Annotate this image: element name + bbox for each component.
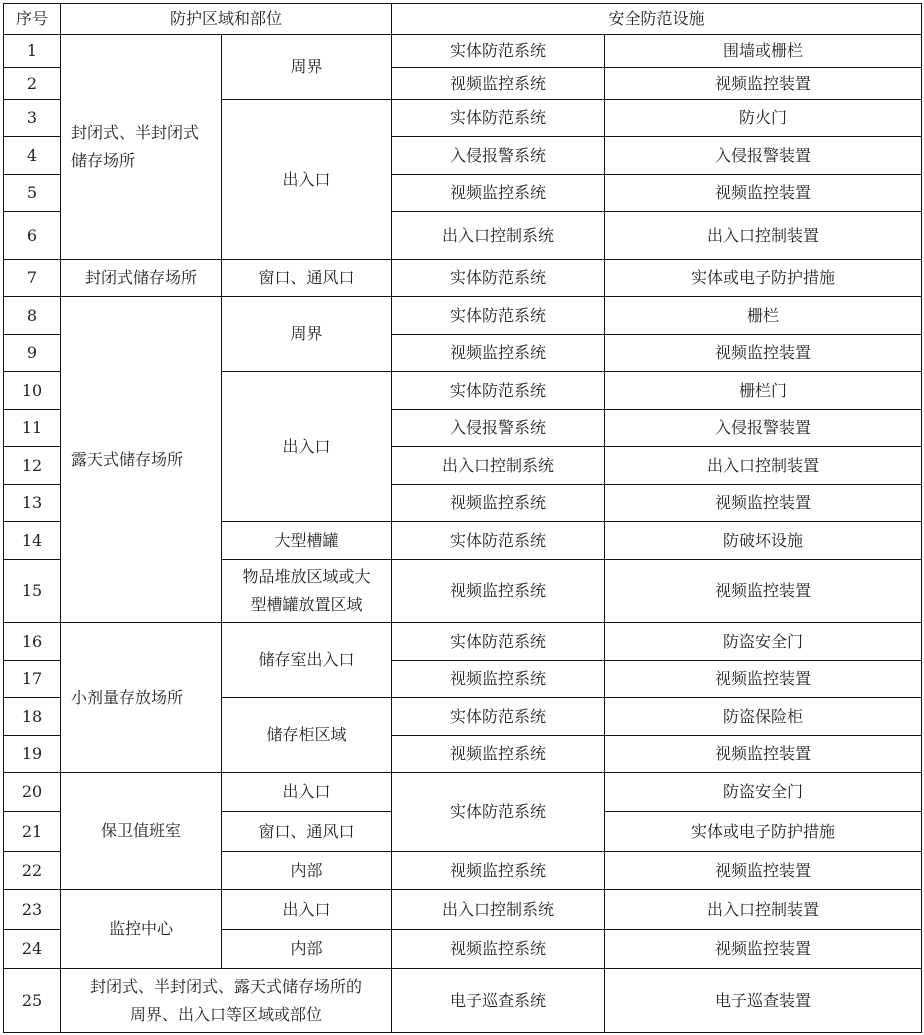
header-index: 序号 <box>4 4 61 35</box>
row-number: 15 <box>4 560 61 623</box>
device-cell: 栅栏 <box>605 297 922 335</box>
system-cell: 入侵报警系统 <box>392 137 605 175</box>
device-cell: 出入口控制装置 <box>605 890 922 930</box>
system-cell: 实体防范系统 <box>392 522 605 560</box>
part-cell: 出入口 <box>222 890 392 930</box>
table-row: 20 保卫值班室 出入口 实体防范系统 防盗安全门 <box>4 773 922 812</box>
system-cell: 视频监控系统 <box>392 736 605 773</box>
system-cell: 视频监控系统 <box>392 335 605 372</box>
part-cell: 物品堆放区域或大型槽罐放置区域 <box>222 560 392 623</box>
system-cell: 出入口控制系统 <box>392 212 605 260</box>
device-cell: 视频监控装置 <box>605 175 922 212</box>
device-cell: 视频监控装置 <box>605 485 922 522</box>
part-cell: 出入口 <box>222 100 392 260</box>
device-cell: 防破坏设施 <box>605 522 922 560</box>
system-cell: 实体防范系统 <box>392 297 605 335</box>
system-cell: 入侵报警系统 <box>392 410 605 447</box>
row-number: 21 <box>4 812 61 852</box>
system-cell: 视频监控系统 <box>392 930 605 969</box>
table-row: 23 监控中心 出入口 出入口控制系统 出入口控制装置 <box>4 890 922 930</box>
row-number: 18 <box>4 698 61 736</box>
part-cell: 周界 <box>222 35 392 100</box>
device-cell: 围墙或栅栏 <box>605 35 922 68</box>
table-row: 8 露天式储存场所 周界 实体防范系统 栅栏 <box>4 297 922 335</box>
system-cell: 视频监控系统 <box>392 175 605 212</box>
part-cell: 储存柜区域 <box>222 698 392 773</box>
row-number: 19 <box>4 736 61 773</box>
system-cell: 视频监控系统 <box>392 852 605 890</box>
device-cell: 防火门 <box>605 100 922 137</box>
part-cell: 出入口 <box>222 372 392 522</box>
device-cell: 防盗安全门 <box>605 623 922 661</box>
system-cell: 实体防范系统 <box>392 372 605 410</box>
row-number: 23 <box>4 890 61 930</box>
row-number: 20 <box>4 773 61 812</box>
device-cell: 栅栏门 <box>605 372 922 410</box>
area-line: 储存场所 <box>71 151 135 170</box>
system-cell: 实体防范系统 <box>392 100 605 137</box>
system-cell: 出入口控制系统 <box>392 890 605 930</box>
system-cell: 视频监控系统 <box>392 560 605 623</box>
device-cell: 视频监控装置 <box>605 930 922 969</box>
part-cell: 大型槽罐 <box>222 522 392 560</box>
area-line: 封闭式、半封闭式 <box>71 123 199 142</box>
area-cell: 保卫值班室 <box>61 773 222 890</box>
part-cell: 出入口 <box>222 773 392 812</box>
system-cell: 视频监控系统 <box>392 661 605 698</box>
system-cell: 视频监控系统 <box>392 485 605 522</box>
device-cell: 出入口控制装置 <box>605 212 922 260</box>
table-row: 1 封闭式、半封闭式储存场所 周界 实体防范系统 围墙或栅栏 <box>4 35 922 68</box>
area-cell: 封闭式、半封闭式、露天式储存场所的周界、出入口等区域或部位 <box>61 969 392 1033</box>
system-cell: 实体防范系统 <box>392 773 605 852</box>
row-number: 16 <box>4 623 61 661</box>
header-facilities: 安全防范设施 <box>392 4 922 35</box>
row-number: 25 <box>4 969 61 1033</box>
row-number: 3 <box>4 100 61 137</box>
row-number: 11 <box>4 410 61 447</box>
part-cell: 内部 <box>222 852 392 890</box>
area-line: 封闭式、半封闭式、露天式储存场所的 <box>90 977 362 996</box>
row-number: 10 <box>4 372 61 410</box>
table-row: 16 小剂量存放场所 储存室出入口 实体防范系统 防盗安全门 <box>4 623 922 661</box>
device-cell: 视频监控装置 <box>605 560 922 623</box>
device-cell: 实体或电子防护措施 <box>605 260 922 297</box>
device-cell: 视频监控装置 <box>605 68 922 100</box>
device-cell: 视频监控装置 <box>605 736 922 773</box>
system-cell: 出入口控制系统 <box>392 447 605 485</box>
row-number: 9 <box>4 335 61 372</box>
row-number: 4 <box>4 137 61 175</box>
table-header-row: 序号 防护区域和部位 安全防范设施 <box>4 4 922 35</box>
row-number: 1 <box>4 35 61 68</box>
system-cell: 实体防范系统 <box>392 698 605 736</box>
area-cell: 封闭式储存场所 <box>61 260 222 297</box>
device-cell: 入侵报警装置 <box>605 137 922 175</box>
device-cell: 视频监控装置 <box>605 661 922 698</box>
row-number: 8 <box>4 297 61 335</box>
area-line: 周界、出入口等区域或部位 <box>130 1005 322 1024</box>
area-cell: 小剂量存放场所 <box>61 623 222 773</box>
row-number: 24 <box>4 930 61 969</box>
row-number: 5 <box>4 175 61 212</box>
part-line: 型槽罐放置区域 <box>251 595 363 614</box>
system-cell: 实体防范系统 <box>392 35 605 68</box>
device-cell: 视频监控装置 <box>605 335 922 372</box>
device-cell: 防盗保险柜 <box>605 698 922 736</box>
part-cell: 窗口、通风口 <box>222 260 392 297</box>
row-number: 12 <box>4 447 61 485</box>
row-number: 14 <box>4 522 61 560</box>
area-cell: 监控中心 <box>61 890 222 969</box>
part-cell: 周界 <box>222 297 392 372</box>
area-cell: 露天式储存场所 <box>61 297 222 623</box>
part-line: 物品堆放区域或大 <box>243 567 371 586</box>
system-cell: 视频监控系统 <box>392 68 605 100</box>
row-number: 17 <box>4 661 61 698</box>
table-row: 25 封闭式、半封闭式、露天式储存场所的周界、出入口等区域或部位 电子巡查系统 … <box>4 969 922 1033</box>
security-facilities-table: 序号 防护区域和部位 安全防范设施 1 封闭式、半封闭式储存场所 周界 实体防范… <box>3 3 922 1033</box>
area-cell: 封闭式、半封闭式储存场所 <box>61 35 222 260</box>
part-cell: 内部 <box>222 930 392 969</box>
device-cell: 出入口控制装置 <box>605 447 922 485</box>
row-number: 2 <box>4 68 61 100</box>
header-area: 防护区域和部位 <box>61 4 392 35</box>
device-cell: 防盗安全门 <box>605 773 922 812</box>
device-cell: 电子巡查装置 <box>605 969 922 1033</box>
row-number: 7 <box>4 260 61 297</box>
device-cell: 入侵报警装置 <box>605 410 922 447</box>
device-cell: 视频监控装置 <box>605 852 922 890</box>
device-cell: 实体或电子防护措施 <box>605 812 922 852</box>
table-row: 7 封闭式储存场所 窗口、通风口 实体防范系统 实体或电子防护措施 <box>4 260 922 297</box>
system-cell: 电子巡查系统 <box>392 969 605 1033</box>
part-cell: 窗口、通风口 <box>222 812 392 852</box>
part-cell: 储存室出入口 <box>222 623 392 698</box>
row-number: 22 <box>4 852 61 890</box>
row-number: 13 <box>4 485 61 522</box>
system-cell: 实体防范系统 <box>392 623 605 661</box>
system-cell: 实体防范系统 <box>392 260 605 297</box>
row-number: 6 <box>4 212 61 260</box>
